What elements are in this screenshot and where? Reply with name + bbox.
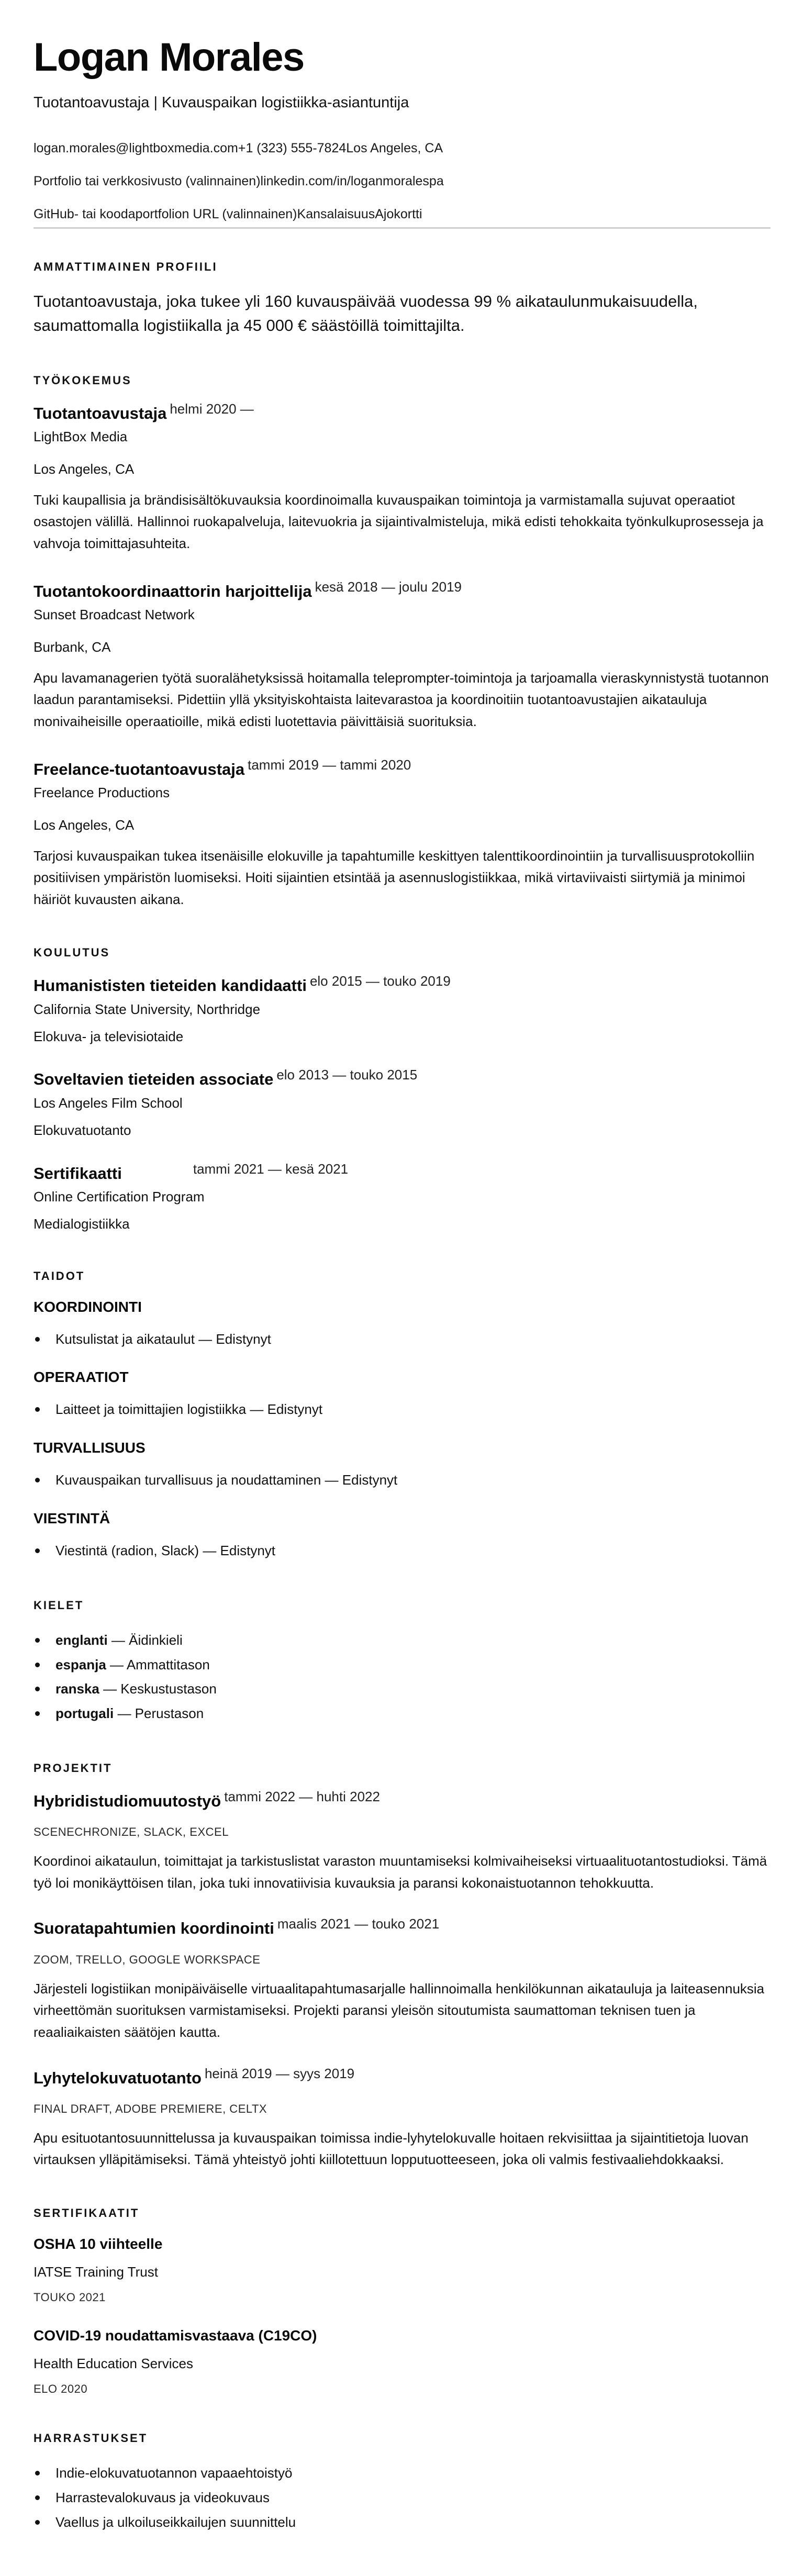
school-name: Online Certification Program: [33, 1187, 770, 1206]
degree-title: Soveltavien tieteiden associate: [33, 1069, 273, 1090]
job-company: Freelance Productions: [33, 783, 770, 802]
resume-header: Logan Morales Tuotantoavustaja | Kuvausp…: [33, 36, 770, 229]
job-title: Tuotantoavustaja: [33, 403, 166, 424]
candidate-headline: Tuotantoavustaja | Kuvauspaikan logistii…: [33, 93, 770, 113]
profile-summary: Tuotantoavustaja, joka tukee yli 160 kuv…: [33, 289, 770, 338]
project-dates: tammi 2022 — huhti 2022: [224, 1789, 380, 1805]
certification-name: COVID-19 noudattamisvastaava (C19CO): [33, 2327, 770, 2344]
job-title: Freelance-tuotantoavustaja: [33, 759, 244, 780]
skill-group-title: Viestintä: [33, 1510, 770, 1527]
study-field: Elokuvatuotanto: [33, 1121, 770, 1140]
section-profile: Ammattimainen profiili Tuotantoavustaja,…: [33, 260, 770, 338]
project-dates: maalis 2021 — touko 2021: [277, 1916, 439, 1932]
study-field: Medialogistiikka: [33, 1214, 770, 1233]
skill-group-title: Operaatiot: [33, 1369, 770, 1386]
experience-entry: Tuotantoavustaja helmi 2020 — LightBox M…: [33, 403, 770, 555]
citizenship-text: Kansalaisuus: [297, 207, 375, 221]
contact-line-links: Portfolio tai verkkosivusto (valinnainen…: [33, 173, 770, 190]
skill-item: Kuvauspaikan turvallisuus ja noudattamin…: [33, 1468, 770, 1492]
education-entry: Humanististen tieteiden kandidaatti elo …: [33, 975, 770, 1046]
certification-date: elo 2020: [33, 2382, 770, 2396]
section-certifications: Sertifikaatit OSHA 10 viihteelle IATSE T…: [33, 2206, 770, 2396]
hobby-list: Indie-elokuvatuotannon vapaaehtoistyö Ha…: [33, 2461, 770, 2534]
language-item: espanja — Ammattitason: [33, 1653, 770, 1677]
language-level: — Äidinkieli: [108, 1632, 183, 1648]
job-company: Sunset Broadcast Network: [33, 605, 770, 624]
location-text: Los Angeles, CA: [346, 141, 443, 155]
email-link[interactable]: logan.morales@lightboxmedia.com: [33, 141, 238, 155]
degree-dates: tammi 2021 — kesä 2021: [193, 1161, 348, 1177]
section-projects: Projektit Hybridistudiomuutostyö tammi 2…: [33, 1761, 770, 2171]
job-dates: kesä 2018 — joulu 2019: [315, 579, 462, 595]
project-dates: heinä 2019 — syys 2019: [205, 2066, 354, 2082]
project-tech: Zoom, Trello, Google Workspace: [33, 1953, 770, 1967]
section-languages: Kielet englanti — Äidinkieli espanja — A…: [33, 1599, 770, 1726]
language-level: — Keskustustason: [99, 1681, 217, 1697]
experience-entry: Freelance-tuotantoavustaja tammi 2019 — …: [33, 759, 770, 911]
certification-entry: COVID-19 noudattamisvastaava (C19CO) Hea…: [33, 2327, 770, 2396]
job-description: Apu lavamanagerien työtä suoralähetyksis…: [33, 667, 770, 733]
contact-line-primary: logan.morales@lightboxmedia.com+1 (323) …: [33, 140, 770, 157]
project-description: Järjesteli logistiikan monipäiväiselle v…: [33, 1978, 770, 2044]
job-location: Los Angeles, CA: [33, 460, 770, 478]
skill-group: Koordinointi Kutsulistat ja aikataulut —…: [33, 1299, 770, 1352]
section-title-certifications: Sertifikaatit: [33, 2206, 770, 2220]
skill-group-title: Koordinointi: [33, 1299, 770, 1315]
job-title: Tuotantokoordinaattorin harjoittelija: [33, 581, 312, 602]
certification-issuer: IATSE Training Trust: [33, 2264, 770, 2280]
section-title-skills: Taidot: [33, 1269, 770, 1283]
project-entry: Lyhytelokuvatuotanto heinä 2019 — syys 2…: [33, 2068, 770, 2171]
language-name: portugali: [55, 1705, 114, 1721]
degree-title: Humanististen tieteiden kandidaatti: [33, 975, 307, 996]
drivers-license-text: Ajokortti: [375, 207, 422, 221]
project-description: Apu esituotantosuunnittelussa ja kuvausp…: [33, 2127, 770, 2171]
project-tech: SceneChronize, Slack, Excel: [33, 1825, 770, 1839]
project-name: Lyhytelokuvatuotanto: [33, 2068, 202, 2089]
job-dates: helmi 2020 —: [170, 401, 253, 417]
job-description: Tuki kaupallisia ja brändisisältökuvauks…: [33, 489, 770, 555]
project-entry: Hybridistudiomuutostyö tammi 2022 — huht…: [33, 1791, 770, 1894]
project-tech: Final Draft, Adobe Premiere, Celtx: [33, 2102, 770, 2116]
skill-group: Operaatiot Laitteet ja toimittajien logi…: [33, 1369, 770, 1422]
section-hobbies: Harrastukset Indie-elokuvatuotannon vapa…: [33, 2432, 770, 2534]
language-item: englanti — Äidinkieli: [33, 1628, 770, 1653]
skill-group: Viestintä Viestintä (radion, Slack) — Ed…: [33, 1510, 770, 1563]
section-skills: Taidot Koordinointi Kutsulistat ja aikat…: [33, 1269, 770, 1563]
job-company: LightBox Media: [33, 427, 770, 446]
job-location: Los Angeles, CA: [33, 816, 770, 834]
contact-line-extra: GitHub- tai koodaportfolion URL (valinna…: [33, 206, 770, 223]
language-list: englanti — Äidinkieli espanja — Ammattit…: [33, 1628, 770, 1726]
section-title-projects: Projektit: [33, 1761, 770, 1775]
degree-dates: elo 2015 — touko 2019: [310, 973, 451, 989]
project-name: Suoratapahtumien koordinointi: [33, 1918, 274, 1939]
language-name: ranska: [55, 1681, 99, 1697]
section-title-education: Koulutus: [33, 946, 770, 960]
certification-issuer: Health Education Services: [33, 2356, 770, 2372]
section-experience: Työkokemus Tuotantoavustaja helmi 2020 —…: [33, 374, 770, 911]
hobby-item: Vaellus ja ulkoiluseikkailujen suunnitte…: [33, 2510, 770, 2535]
experience-entry: Tuotantokoordinaattorin harjoittelija ke…: [33, 581, 770, 733]
section-title-hobbies: Harrastukset: [33, 2432, 770, 2445]
language-item: portugali — Perustason: [33, 1701, 770, 1726]
language-level: — Perustason: [114, 1705, 204, 1721]
skill-group-title: Turvallisuus: [33, 1440, 770, 1456]
certification-entry: OSHA 10 viihteelle IATSE Training Trust …: [33, 2236, 770, 2304]
skill-item: Laitteet ja toimittajien logistiikka — E…: [33, 1397, 770, 1422]
skill-group: Turvallisuus Kuvauspaikan turvallisuus j…: [33, 1440, 770, 1492]
education-entry: Soveltavien tieteiden associate elo 2013…: [33, 1069, 770, 1140]
phone-link[interactable]: +1 (323) 555-7824: [238, 141, 346, 155]
section-title-languages: Kielet: [33, 1599, 770, 1612]
hobby-item: Indie-elokuvatuotannon vapaaehtoistyö: [33, 2461, 770, 2485]
degree-title: Sertifikaatti: [33, 1163, 122, 1184]
education-entry: Sertifikaatti tammi 2021 — kesä 2021 Onl…: [33, 1163, 770, 1234]
project-name: Hybridistudiomuutostyö: [33, 1791, 221, 1812]
linkedin-link[interactable]: linkedin.com/in/loganmoralespa: [261, 174, 444, 188]
job-location: Burbank, CA: [33, 638, 770, 656]
job-dates: tammi 2019 — tammi 2020: [248, 757, 411, 773]
project-entry: Suoratapahtumien koordinointi maalis 202…: [33, 1918, 770, 2043]
hobby-item: Harrastevalokuvaus ja videokuvaus: [33, 2485, 770, 2510]
github-link[interactable]: GitHub- tai koodaportfolion URL (valinna…: [33, 207, 297, 221]
skill-item: Kutsulistat ja aikataulut — Edistynyt: [33, 1327, 770, 1352]
job-description: Tarjosi kuvauspaikan tukea itsenäisille …: [33, 845, 770, 911]
language-name: englanti: [55, 1632, 108, 1648]
degree-dates: elo 2013 — touko 2015: [276, 1067, 417, 1083]
project-description: Koordinoi aikataulun, toimittajat ja tar…: [33, 1850, 770, 1894]
header-divider: [33, 227, 770, 229]
candidate-name: Logan Morales: [33, 36, 770, 80]
certification-date: touko 2021: [33, 2291, 770, 2304]
school-name: California State University, Northridge: [33, 1000, 770, 1019]
language-level: — Ammattitason: [106, 1657, 210, 1672]
section-title-profile: Ammattimainen profiili: [33, 260, 770, 274]
language-name: espanja: [55, 1657, 106, 1672]
skill-item: Viestintä (radion, Slack) — Edistynyt: [33, 1538, 770, 1563]
language-item: ranska — Keskustustason: [33, 1677, 770, 1701]
certification-name: OSHA 10 viihteelle: [33, 2236, 770, 2252]
study-field: Elokuva- ja televisiotaide: [33, 1027, 770, 1046]
school-name: Los Angeles Film School: [33, 1094, 770, 1112]
portfolio-link[interactable]: Portfolio tai verkkosivusto (valinnainen…: [33, 174, 261, 188]
section-title-experience: Työkokemus: [33, 374, 770, 387]
section-education: Koulutus Humanististen tieteiden kandida…: [33, 946, 770, 1233]
resume-page: Logan Morales Tuotantoavustaja | Kuvausp…: [0, 0, 804, 2576]
